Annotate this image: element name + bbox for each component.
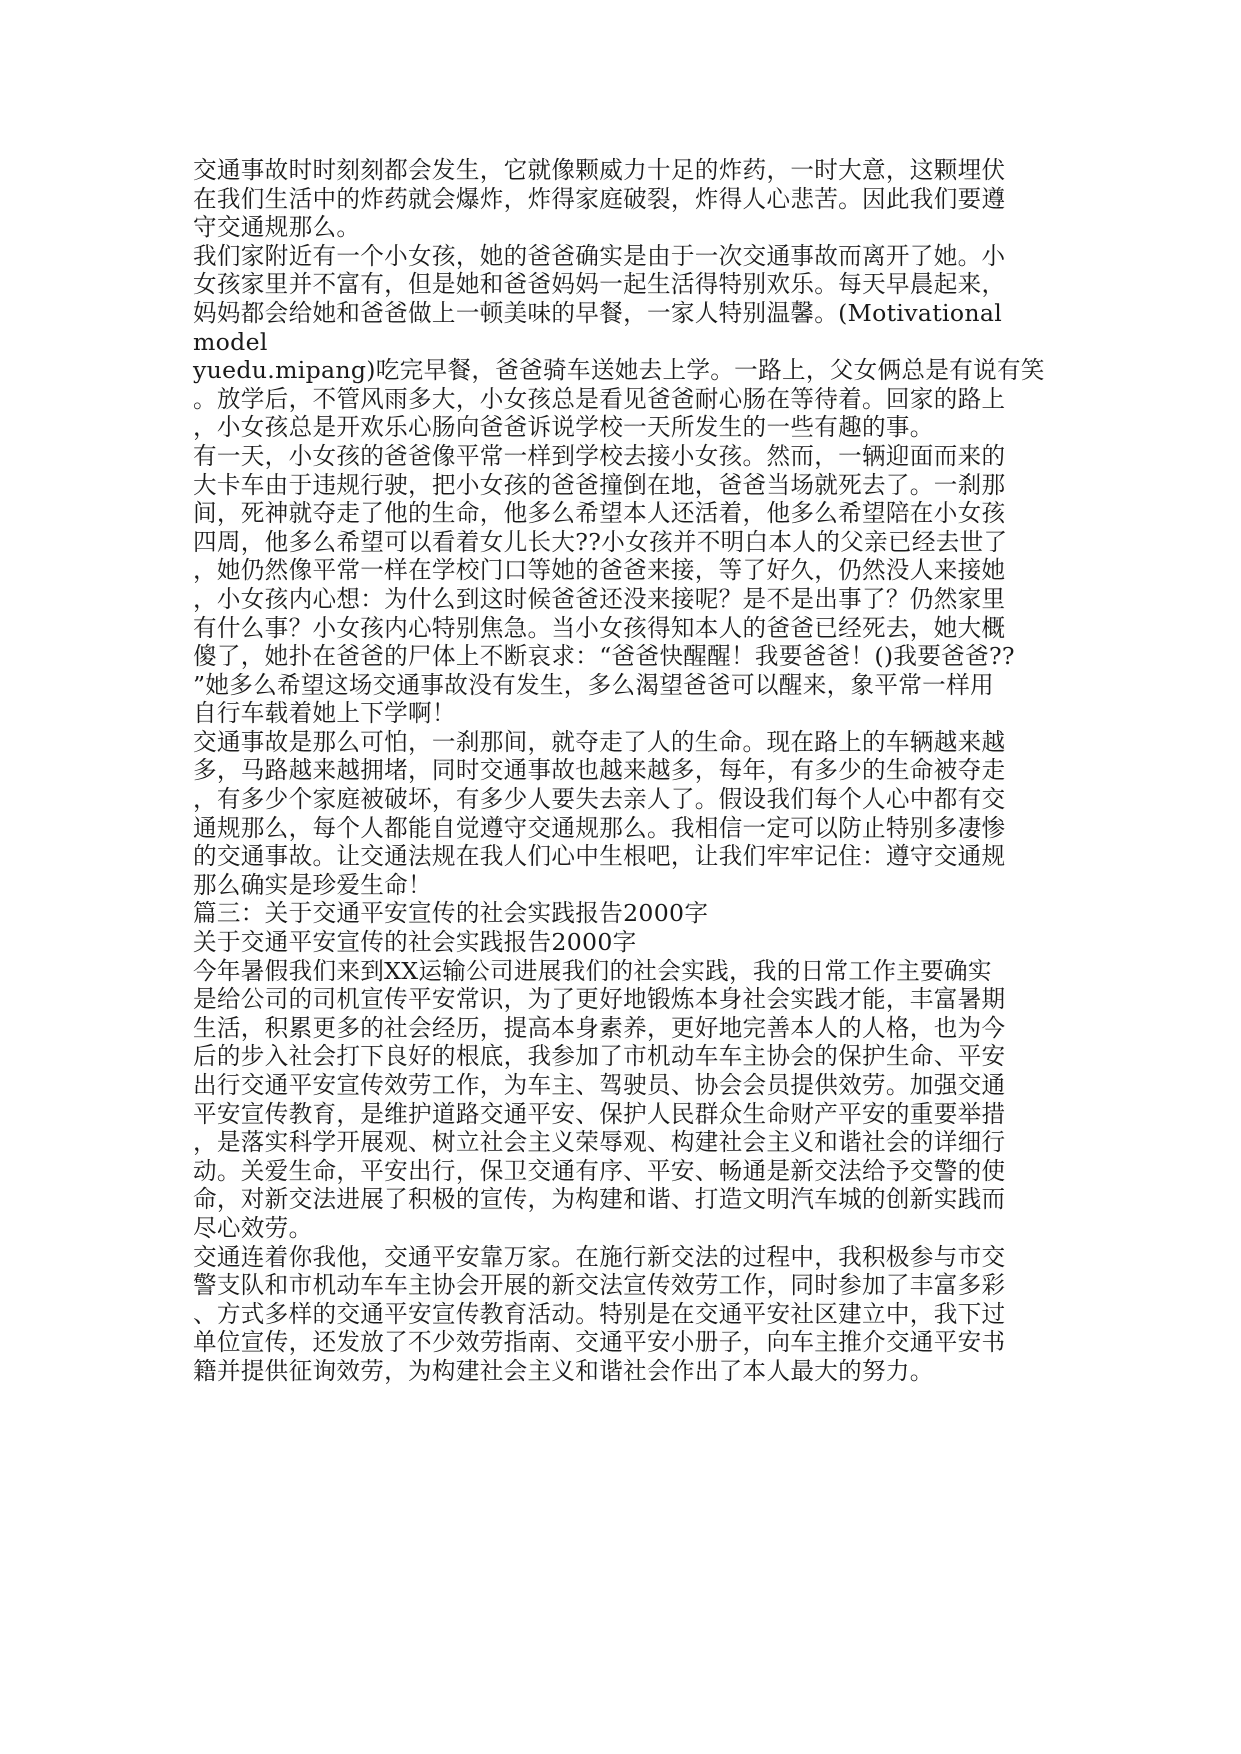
text-line: 通规那么，每个人都能自觉遵守交通规那么。我相信一定可以防止特别多凄惨	[193, 814, 1045, 843]
text-line: 间，死神就夺走了他的生命，他多么希望本人还活着，他多么希望陪在小女孩	[193, 499, 1045, 528]
text-line: model	[193, 328, 1045, 357]
text-line: 多，马路越来越拥堵，同时交通事故也越来越多，每年，有多少的生命被夺走	[193, 756, 1045, 785]
text-line: 交通连着你我他，交通平安靠万家。在施行新交法的过程中，我积极参与市交	[193, 1243, 1045, 1272]
text-line: 。放学后，不管风雨多大，小女孩总是看见爸爸耐心肠在等待着。回家的路上	[193, 385, 1045, 414]
text-line: 大卡车由于违规行驶，把小女孩的爸爸撞倒在地，爸爸当场就死去了。一刹那	[193, 471, 1045, 500]
text-line: 守交通规那么。	[193, 213, 1045, 242]
text-line: 平安宣传教育，是维护道路交通平安、保护人民群众生命财产平安的重要举措	[193, 1100, 1045, 1129]
text-line: 警支队和市机动车车主协会开展的新交法宣传效劳工作，同时参加了丰富多彩	[193, 1271, 1045, 1300]
text-line: ”她多么希望这场交通事故没有发生，多么渴望爸爸可以醒来，象平常一样用	[193, 671, 1045, 700]
text-line: 籍并提供征询效劳，为构建社会主义和谐社会作出了本人最大的努力。	[193, 1357, 1045, 1386]
text-line: 尽心效劳。	[193, 1214, 1045, 1243]
text-line: 交通事故是那么可怕，一刹那间，就夺走了人的生命。现在路上的车辆越来越	[193, 728, 1045, 757]
text-line: 出行交通平安宣传效劳工作，为车主、驾驶员、协会会员提供效劳。加强交通	[193, 1071, 1045, 1100]
text-line: 动。关爱生命，平安出行，保卫交通有序、平安、畅通是新交法给予交警的使	[193, 1157, 1045, 1186]
section-heading: 篇三：关于交通平安宣传的社会实践报告2000字	[193, 899, 1045, 928]
text-line: 有什么事？小女孩内心特别焦急。当小女孩得知本人的爸爸已经死去，她大概	[193, 614, 1045, 643]
text-line: 我们家附近有一个小女孩，她的爸爸确实是由于一次交通事故而离开了她。小	[193, 242, 1045, 271]
text-line: 自行车载着她上下学啊！	[193, 699, 1045, 728]
text-line: 傻了，她扑在爸爸的尸体上不断哀求：“爸爸快醒醒！我要爸爸！()我要爸爸??	[193, 642, 1045, 671]
text-line: 妈妈都会给她和爸爸做上一顿美味的早餐，一家人特别温馨。(Motivational	[193, 299, 1045, 328]
text-line: 有一天，小女孩的爸爸像平常一样到学校去接小女孩。然而，一辆迎面而来的	[193, 442, 1045, 471]
text-line: 生活，积累更多的社会经历，提高本身素养，更好地完善本人的人格，也为今	[193, 1014, 1045, 1043]
text-line: 女孩家里并不富有，但是她和爸爸妈妈一起生活得特别欢乐。每天早晨起来，	[193, 270, 1045, 299]
text-line: 单位宣传，还发放了不少效劳指南、交通平安小册子，向车主推介交通平安书	[193, 1328, 1045, 1357]
text-line: 是给公司的司机宣传平安常识，为了更好地锻炼本身社会实践才能，丰富暑期	[193, 985, 1045, 1014]
text-line: ，小女孩总是开欢乐心肠向爸爸诉说学校一天所发生的一些有趣的事。	[193, 413, 1045, 442]
text-line: yuedu.mipang)吃完早餐，爸爸骑车送她去上学。一路上，父女俩总是有说有…	[193, 356, 1045, 385]
text-line: ，有多少个家庭被破坏，有多少人要失去亲人了。假设我们每个人心中都有交	[193, 785, 1045, 814]
text-line: ，她仍然像平常一样在学校门口等她的爸爸来接，等了好久，仍然没人来接她	[193, 556, 1045, 585]
text-line: 四周，他多么希望可以看着女儿长大??小女孩并不明白本人的父亲已经去世了	[193, 528, 1045, 557]
text-line: ，小女孩内心想：为什么到这时候爸爸还没来接呢？是不是出事了？仍然家里	[193, 585, 1045, 614]
text-line: 那么确实是珍爱生命！	[193, 871, 1045, 900]
text-line: 的交通事故。让交通法规在我人们心中生根吧，让我们牢牢记住：遵守交通规	[193, 842, 1045, 871]
report-title: 关于交通平安宣传的社会实践报告2000字	[193, 928, 1045, 957]
text-line: 后的步入社会打下良好的根底，我参加了市机动车车主协会的保护生命、平安	[193, 1042, 1045, 1071]
text-line: 交通事故时时刻刻都会发生，它就像颗威力十足的炸药，一时大意，这颗埋伏	[193, 156, 1045, 185]
text-line: ，是落实科学开展观、树立社会主义荣辱观、构建社会主义和谐社会的详细行	[193, 1128, 1045, 1157]
text-line: 、方式多样的交通平安宣传教育活动。特别是在交通平安社区建立中，我下过	[193, 1300, 1045, 1329]
document-page: 交通事故时时刻刻都会发生，它就像颗威力十足的炸药，一时大意，这颗埋伏 在我们生活…	[193, 156, 1045, 1386]
text-line: 今年暑假我们来到XX运输公司进展我们的社会实践，我的日常工作主要确实	[193, 957, 1045, 986]
text-line: 在我们生活中的炸药就会爆炸，炸得家庭破裂，炸得人心悲苦。因此我们要遵	[193, 185, 1045, 214]
text-line: 命，对新交法进展了积极的宣传，为构建和谐、打造文明汽车城的创新实践而	[193, 1185, 1045, 1214]
